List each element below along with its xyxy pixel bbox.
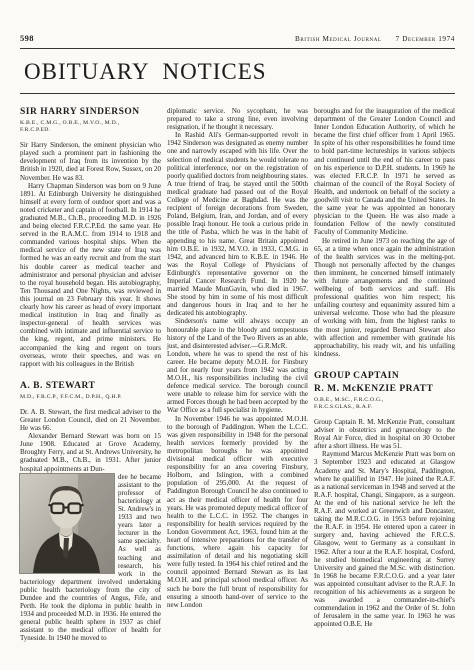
obituary-heading-pratt-line2: R. M. McKENZIE PRATT bbox=[314, 384, 455, 395]
portrait-illustration bbox=[20, 474, 114, 573]
journal-title: British Medical Journal bbox=[295, 35, 382, 43]
obituary-paragraph: boroughs and for the inauguration of the… bbox=[314, 107, 455, 237]
portrait-photo bbox=[20, 474, 114, 573]
credentials-stewart: M.D., F.R.C.P., F.F.C.M., D.P.H., Q.H.P. bbox=[20, 394, 126, 401]
top-divider bbox=[20, 48, 455, 49]
title-divider bbox=[20, 93, 455, 94]
obituary-paragraph: Harry Chapman Sinderson was born on 9 Ju… bbox=[20, 182, 161, 368]
column-1: SIR HARRY SINDERSON K.B.E., C.M.G., O.B.… bbox=[20, 107, 161, 643]
obituary-paragraph-signed: Sinderson's name will always occupy an h… bbox=[167, 317, 308, 349]
column-3: boroughs and for the inauguration of the… bbox=[314, 107, 455, 643]
obituary-paragraph: Group Captain R. M. McKenzie Pratt, cons… bbox=[314, 418, 455, 450]
obituary-paragraph: diplomatic service. No sycophant, he was… bbox=[167, 107, 308, 131]
obituary-paragraph-with-photo: dee he became assistant to the professor… bbox=[20, 473, 161, 643]
obituary-heading-sinderson: SIR HARRY SINDERSON bbox=[20, 107, 161, 118]
obituary-paragraph: In Rashid Ali's German-supported revolt … bbox=[167, 131, 308, 317]
running-head: 598 British Medical Journal 7 December 1… bbox=[20, 0, 455, 43]
obituary-paragraph: Dr. A. B. Stewart, the first medical adv… bbox=[20, 408, 161, 432]
obituary-paragraph: London, where he was to spend the rest o… bbox=[167, 350, 308, 415]
obituary-paragraph: In November 1946 he was appointed M.O.H.… bbox=[167, 415, 308, 609]
obituary-paragraph: Raymond Marcus McKenzie Pratt was born o… bbox=[314, 450, 455, 628]
issue-date: 7 December 1974 bbox=[396, 35, 455, 43]
section-title: OBITUARY NOTICES bbox=[24, 60, 455, 83]
journal-masthead: British Medical Journal 7 December 1974 bbox=[295, 35, 455, 43]
column-2: diplomatic service. No sycophant, he was… bbox=[167, 107, 308, 643]
obituary-heading-pratt-line1: GROUP CAPTAIN bbox=[314, 371, 455, 382]
journal-page: 598 British Medical Journal 7 December 1… bbox=[0, 0, 474, 670]
obituary-paragraph: He retired in June 1973 on reaching the … bbox=[314, 237, 455, 358]
obituary-heading-stewart: A. B. STEWART bbox=[20, 381, 161, 392]
credentials-sinderson: K.B.E., C.M.G., O.B.E., M.V.O., M.D., F.… bbox=[20, 120, 126, 134]
obituary-paragraph: Alexander Bernard Stewart was born on 15… bbox=[20, 432, 161, 472]
credentials-pratt: O.B.E., M.SC., F.R.C.O.G., F.R.C.S.GLAS.… bbox=[314, 397, 420, 411]
page-number: 598 bbox=[20, 33, 34, 43]
obituary-paragraph: Sir Harry Sinderson, the eminent physici… bbox=[20, 141, 161, 181]
columns-container: SIR HARRY SINDERSON K.B.E., C.M.G., O.B.… bbox=[20, 107, 455, 643]
